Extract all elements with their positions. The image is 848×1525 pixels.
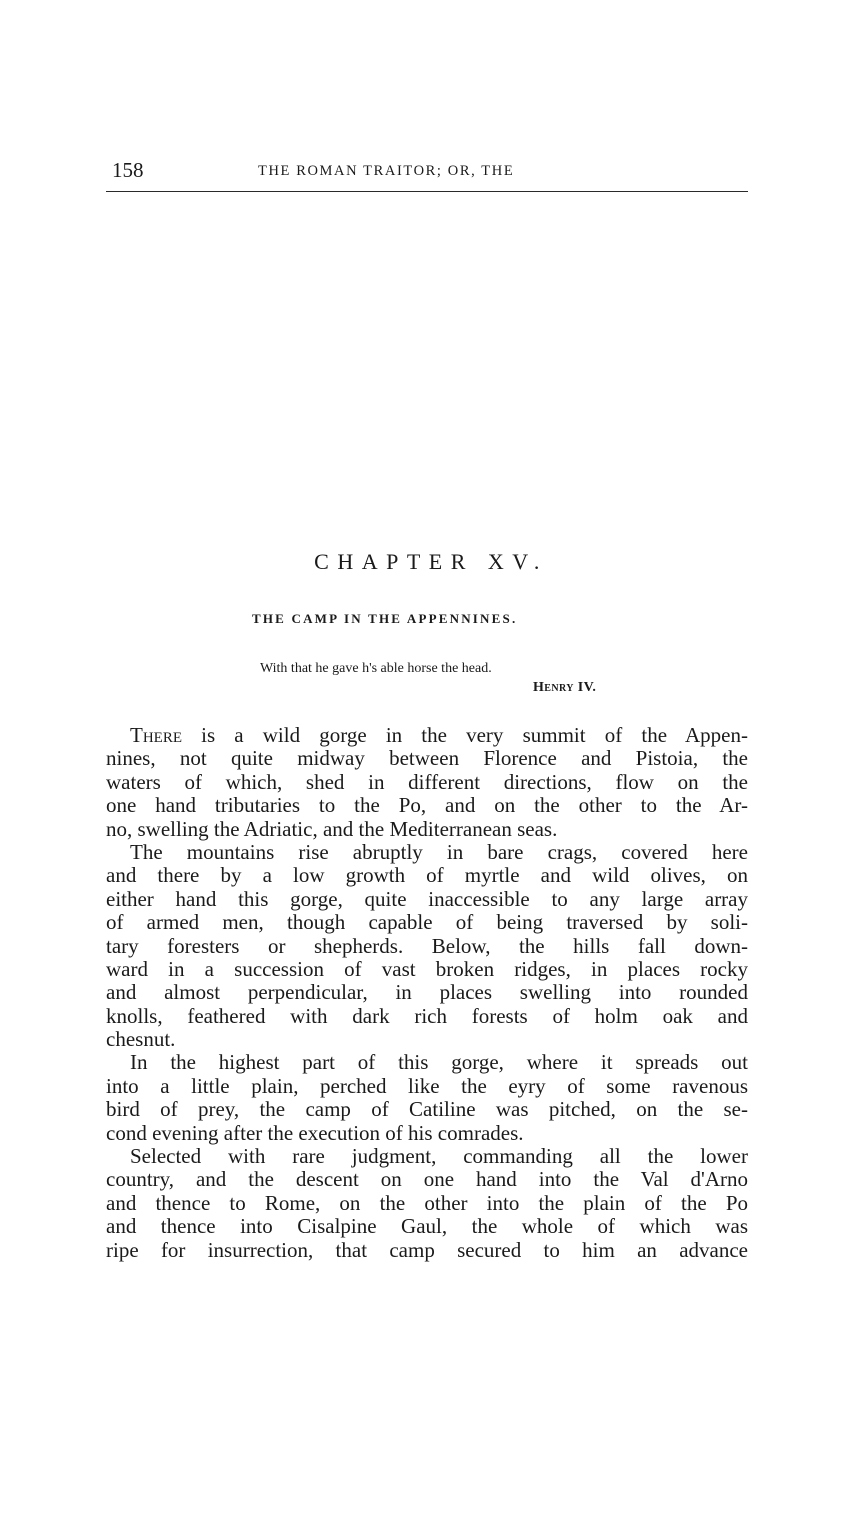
text-line: and there by a low growth of myrtle and …: [106, 864, 748, 887]
text-line: knolls, feathered with dark rich forests…: [106, 1005, 748, 1028]
epigraph-quote: With that he gave h's able horse the hea…: [260, 660, 492, 678]
chapter-title: CHAPTER XV.: [0, 547, 848, 577]
paragraph-2-start: The mountains rise abruptly in bare crag…: [106, 841, 748, 864]
text-line: nines, not quite midway between Florence…: [106, 747, 748, 770]
page-number: 158: [112, 157, 144, 183]
header-rule: [106, 191, 748, 192]
text-line: no, swelling the Adriatic, and the Medit…: [106, 818, 748, 841]
body-text: There is a wild gorge in the very summit…: [106, 724, 748, 1262]
text-line: waters of which, shed in different direc…: [106, 771, 748, 794]
text-line: and thence to Rome, on the other into th…: [106, 1192, 748, 1215]
chapter-subtitle: THE CAMP IN THE APPENNINES.: [252, 610, 517, 628]
text-line: ward in a succession of vast broken ridg…: [106, 958, 748, 981]
text-line: chesnut.: [106, 1028, 748, 1051]
running-title: THE ROMAN TRAITOR; OR, THE: [258, 161, 514, 181]
text-line: either hand this gorge, quite inaccessib…: [106, 888, 748, 911]
drop-word: There: [130, 723, 182, 747]
text-line: one hand tributaries to the Po, and on t…: [106, 794, 748, 817]
text-line: tary foresters or shepherds. Below, the …: [106, 935, 748, 958]
text-line: and thence into Cisalpine Gaul, the whol…: [106, 1215, 748, 1238]
text-line: of armed men, though capable of being tr…: [106, 911, 748, 934]
running-head: 158 THE ROMAN TRAITOR; OR, THE: [112, 157, 748, 187]
text-line: bird of prey, the camp of Catiline was p…: [106, 1098, 748, 1121]
paragraph-1-line-1: There is a wild gorge in the very summit…: [106, 724, 748, 747]
epigraph-source: Henry IV.: [533, 679, 596, 697]
paragraph-3-start: In the highest part of this gorge, where…: [106, 1051, 748, 1074]
text-line: cond evening after the execution of his …: [106, 1122, 748, 1145]
paragraph-4-start: Selected with rare judgment, commanding …: [106, 1145, 748, 1168]
text-line: into a little plain, perched like the ey…: [106, 1075, 748, 1098]
text-line: and almost perpendicular, in places swel…: [106, 981, 748, 1004]
text-line: ripe for insurrection, that camp secured…: [106, 1239, 748, 1262]
text-line: country, and the descent on one hand int…: [106, 1168, 748, 1191]
